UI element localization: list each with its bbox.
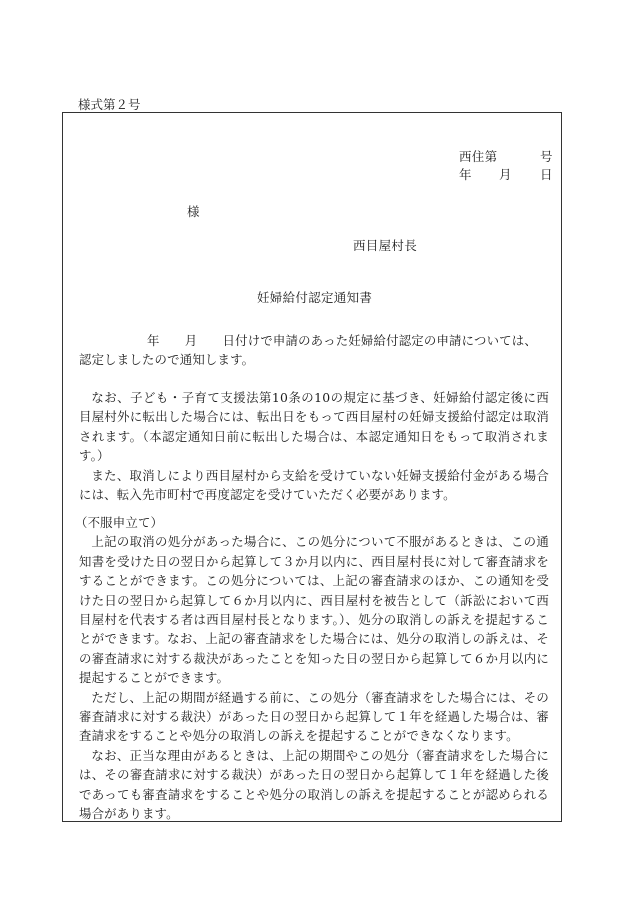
note-paragraph-1: なお、子ども・子育て支援法第10条の10の規定に基づき、妊婦給付認定後に西目屋村… — [79, 388, 549, 466]
appeal-paragraph-1: 上記の取消の処分があった場合に、この処分について不服があるときは、この通知書を受… — [79, 532, 549, 687]
appeal-paragraph-2: ただし、上記の期間が経過する前に、この処分（審査請求をした場合には、その審査請求… — [79, 688, 549, 746]
note-paragraph-2: また、取消しにより西目屋村から支給を受けていない妊婦支援給付金がある場合には、転… — [79, 466, 549, 505]
date-year: 年 — [459, 165, 472, 183]
recipient-honorific: 様 — [187, 202, 200, 220]
reference-number-prefix: 西住第 — [459, 147, 497, 165]
transfer-notes: なお、子ども・子育て支援法第10条の10の規定に基づき、妊婦給付認定後に西目屋村… — [79, 388, 549, 504]
form-number: 様式第２号 — [78, 95, 141, 113]
intro-paragraph: 年 月 日付けで申請のあった妊婦給付認定の申請については、 認定しましたので通知… — [79, 331, 549, 370]
appeal-section: （不服申立て） 上記の取消の処分があった場合に、この処分について不服があるときは… — [79, 513, 549, 824]
notice-frame: 西住第 号 年 月 日 様 西目屋村長 妊婦給付認定通知書 年 月 日付けで申請… — [62, 112, 562, 822]
reference-number-suffix: 号 — [540, 147, 553, 165]
date-month: 月 — [499, 165, 512, 183]
document-title: 妊婦給付認定通知書 — [257, 288, 372, 306]
intro-line-1: 年 月 日付けで申請のあった妊婦給付認定の申請については、 — [79, 331, 549, 350]
appeal-heading: （不服申立て） — [75, 513, 549, 532]
issuer-name: 西目屋村長 — [353, 236, 417, 254]
intro-line-2: 認定しましたので通知します。 — [79, 350, 549, 369]
date-day: 日 — [540, 165, 553, 183]
appeal-paragraph-3: なお、正当な理由があるときは、上記の期間やこの処分（審査請求をした場合には、その… — [79, 746, 549, 824]
